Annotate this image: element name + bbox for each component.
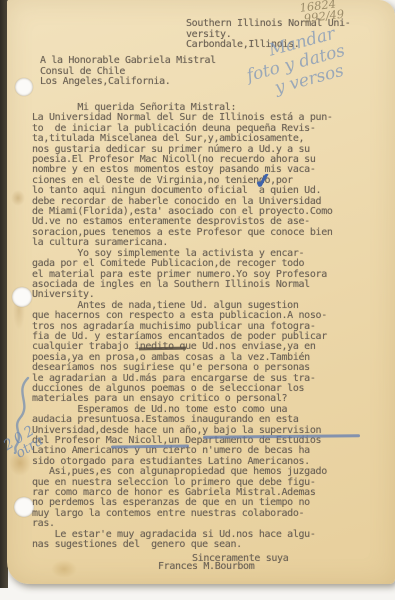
paper-stain	[11, 190, 25, 206]
punch-hole	[12, 287, 32, 307]
letter-body: Mi querida Señorita Mistral: La Universi…	[32, 103, 333, 550]
punch-hole	[15, 78, 33, 96]
recipient-address: A la Honorable Gabriela Mistral Consul d…	[40, 56, 216, 88]
archive-number-annotation: 16824 992/49	[299, 0, 345, 24]
punch-hole	[14, 497, 34, 517]
signature-name: Frances M.Bourbom	[158, 561, 254, 572]
check-mark-annotation: ✓	[253, 168, 273, 195]
paper-stain	[51, 560, 77, 578]
scanned-letter-page: Southern Illinois Normal Uni- versity. C…	[0, 0, 395, 600]
